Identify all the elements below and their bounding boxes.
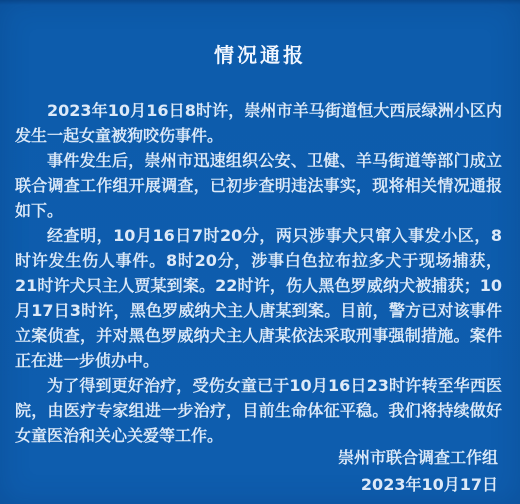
notice-title: 情况通报 xyxy=(0,0,520,68)
signature-date: 2023年10月17日 xyxy=(338,471,498,498)
notice-page: 情况通报 2023年10月16日8时许，崇州市羊马街道恒大西辰绿洲小区内发生一起… xyxy=(0,0,520,504)
signature-block: 崇州市联合调查工作组 2023年10月17日 xyxy=(338,444,498,498)
notice-paragraph-investigation: 经查明，10月16日7时20分，两只涉事犬只窜入事发小区，8时许发生伤人事件。8… xyxy=(15,223,502,373)
notice-body: 2023年10月16日8时许，崇州市羊马街道恒大西辰绿洲小区内发生一起女童被狗咬… xyxy=(15,98,502,448)
notice-paragraph-incident: 2023年10月16日8时许，崇州市羊马街道恒大西辰绿洲小区内发生一起女童被狗咬… xyxy=(15,98,502,148)
notice-paragraph-response: 事件发生后，崇州市迅速组织公安、卫健、羊马街道等部门成立联合调查工作组开展调查，… xyxy=(15,148,502,223)
signature-org: 崇州市联合调查工作组 xyxy=(338,444,498,471)
notice-paragraph-treatment: 为了得到更好治疗，受伤女童已于10月16日23时许转至华西医院，由医疗专家组进一… xyxy=(15,373,502,448)
